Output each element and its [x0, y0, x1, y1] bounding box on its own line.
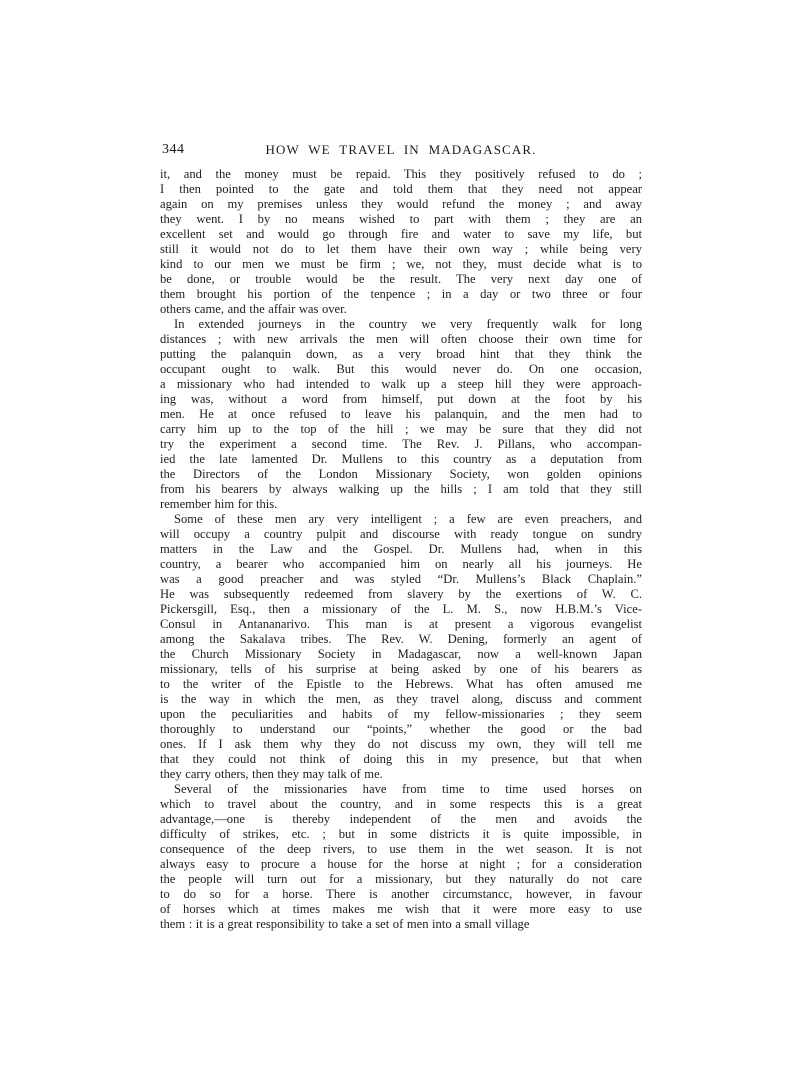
running-head: 344 HOW WE TRAVEL IN MADAGASCAR.: [160, 141, 642, 158]
text-line: others came, and the affair was over.: [160, 302, 642, 317]
text-line: distances ; with new arrivals the men wi…: [160, 332, 642, 347]
text-line: carry him up to the top of the hill ; we…: [160, 422, 642, 437]
text-line: the Directors of the London Missionary S…: [160, 467, 642, 482]
text-line: missionary, tells of his surprise at bei…: [160, 662, 642, 677]
scanned-book-page: 344 HOW WE TRAVEL IN MADAGASCAR. it, and…: [0, 0, 800, 1074]
text-line: it, and the money must be repaid. This t…: [160, 167, 642, 182]
text-line: I then pointed to the gate and told them…: [160, 182, 642, 197]
text-line: thoroughly to understand our “points,” w…: [160, 722, 642, 737]
text-line: was a good preacher and was styled “Dr. …: [160, 572, 642, 587]
text-line: Consul in Antananarivo. This man is at p…: [160, 617, 642, 632]
text-line: Some of these men ary very intelligent ;…: [160, 512, 642, 527]
page-text: it, and the money must be repaid. This t…: [160, 167, 642, 932]
text-line: Pickersgill, Esq., then a missionary of …: [160, 602, 642, 617]
text-line: In extended journeys in the country we v…: [160, 317, 642, 332]
text-line: will occupy a country pulpit and discour…: [160, 527, 642, 542]
text-line: advantage,—one is thereby independent of…: [160, 812, 642, 827]
text-line: the Church Missionary Society in Madagas…: [160, 647, 642, 662]
text-line: they went. I by no means wished to part …: [160, 212, 642, 227]
text-line: ing was, without a word from himself, pu…: [160, 392, 642, 407]
page-number: 344: [162, 141, 185, 158]
text-line: still it would not do to let them have t…: [160, 242, 642, 257]
text-line: remember him for this.: [160, 497, 642, 512]
text-line: that they could not think of doing this …: [160, 752, 642, 767]
text-line: Several of the missionaries have from ti…: [160, 782, 642, 797]
text-line: a missionary who had intended to walk up…: [160, 377, 642, 392]
text-line: kind to our men we must be firm ; we, no…: [160, 257, 642, 272]
text-line: of horses which at times makes me wish t…: [160, 902, 642, 917]
text-line: to do so for a horse. There is another c…: [160, 887, 642, 902]
text-line: excellent set and would go through fire …: [160, 227, 642, 242]
text-line: from his bearers by always walking up th…: [160, 482, 642, 497]
text-line: men. He at once refused to leave his pal…: [160, 407, 642, 422]
text-line: occupant ought to walk. But this would n…: [160, 362, 642, 377]
text-line: the people will turn out for a missionar…: [160, 872, 642, 887]
text-line: them brought his portion of the tenpence…: [160, 287, 642, 302]
text-line: ones. If I ask them why they do not disc…: [160, 737, 642, 752]
text-line: upon the peculiarities and habits of my …: [160, 707, 642, 722]
text-line: is the way in which the men, as they tra…: [160, 692, 642, 707]
text-line: country, a bearer who accompanied him on…: [160, 557, 642, 572]
text-line: try the experiment a second time. The Re…: [160, 437, 642, 452]
running-title: HOW WE TRAVEL IN MADAGASCAR.: [160, 141, 642, 158]
text-line: them : it is a great responsibility to t…: [160, 917, 642, 932]
text-line: consequence of the deep rivers, to use t…: [160, 842, 642, 857]
text-line: to the writer of the Epistle to the Hebr…: [160, 677, 642, 692]
text-line: putting the palanquin down, as a very br…: [160, 347, 642, 362]
text-line: again on my premises unless they would r…: [160, 197, 642, 212]
text-line: among the Sakalava tribes. The Rev. W. D…: [160, 632, 642, 647]
text-line: be done, or trouble would be the result.…: [160, 272, 642, 287]
text-line: which to travel about the country, and i…: [160, 797, 642, 812]
text-line: matters in the Law and the Gospel. Dr. M…: [160, 542, 642, 557]
text-line: difficulty of strikes, etc. ; but in som…: [160, 827, 642, 842]
text-line: they carry others, then they may talk of…: [160, 767, 642, 782]
text-line: He was subsequently redeemed from slaver…: [160, 587, 642, 602]
text-line: always easy to procure a house for the h…: [160, 857, 642, 872]
text-line: ied the late lamented Dr. Mullens to thi…: [160, 452, 642, 467]
